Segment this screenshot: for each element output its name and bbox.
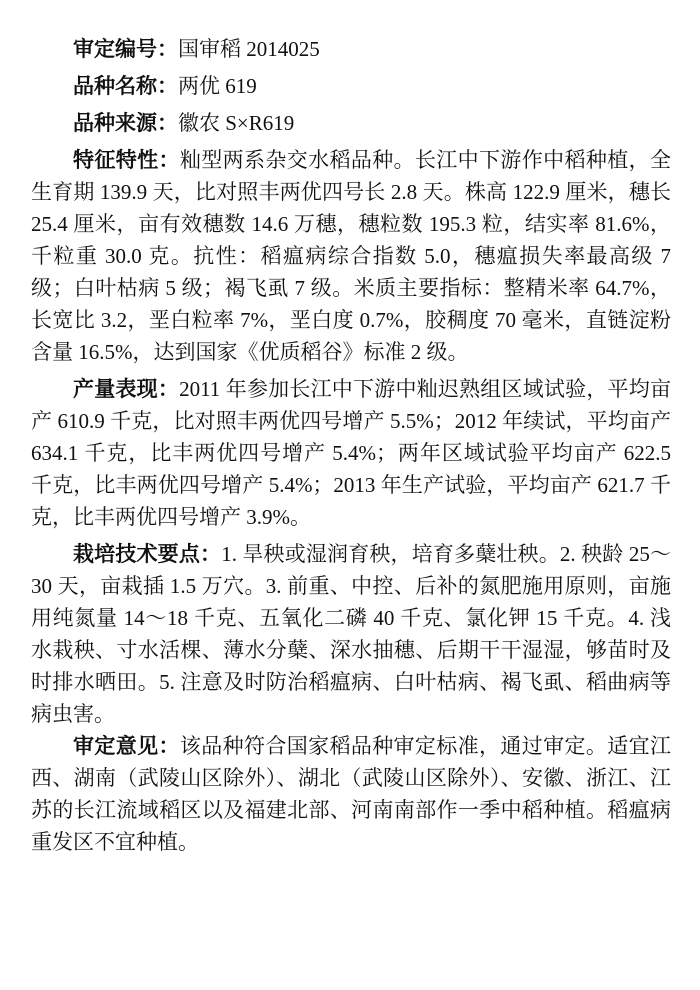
section-yield-performance: 产量表现：2011 年参加长江中下游中籼迟熟组区域试验，平均亩产 610.9 千… bbox=[31, 373, 671, 533]
field-variety-name-value: 两优 619 bbox=[178, 74, 257, 98]
document-page: 审定编号：国审稻 2014025 品种名称：两优 619 品种来源：徽农 S×R… bbox=[0, 0, 700, 990]
field-variety-origin-label: 品种来源： bbox=[73, 111, 178, 135]
section-cultivation-techniques: 栽培技术要点：1. 旱秧或湿润育秧，培育多蘖壮秧。2. 秧龄 25～30 天，亩… bbox=[31, 538, 671, 730]
field-variety-origin-value: 徽农 S×R619 bbox=[178, 111, 294, 135]
field-approval-number: 审定编号：国审稻 2014025 bbox=[31, 33, 671, 65]
field-approval-number-label: 审定编号： bbox=[73, 37, 178, 61]
field-variety-origin: 品种来源：徽农 S×R619 bbox=[31, 107, 671, 139]
section-yield-performance-label: 产量表现： bbox=[73, 377, 179, 401]
section-cultivation-techniques-text: 1. 旱秧或湿润育秧，培育多蘖壮秧。2. 秧龄 25～30 天，亩栽插 1.5 … bbox=[31, 542, 671, 726]
section-cultivation-techniques-label: 栽培技术要点： bbox=[73, 542, 221, 566]
field-approval-number-value: 国审稻 2014025 bbox=[178, 37, 320, 61]
field-variety-name: 品种名称：两优 619 bbox=[31, 70, 671, 102]
section-characteristics-label: 特征特性： bbox=[73, 148, 180, 172]
section-certification-opinion-label: 审定意见： bbox=[73, 734, 180, 758]
section-characteristics: 特征特性：籼型两系杂交水稻品种。长江中下游作中稻种植，全生育期 139.9 天，… bbox=[31, 144, 671, 368]
section-characteristics-text: 籼型两系杂交水稻品种。长江中下游作中稻种植，全生育期 139.9 天，比对照丰两… bbox=[31, 148, 671, 364]
section-certification-opinion: 审定意见：该品种符合国家稻品种审定标准，通过审定。适宜江西、湖南（武陵山区除外）… bbox=[31, 730, 671, 858]
field-variety-name-label: 品种名称： bbox=[73, 74, 178, 98]
